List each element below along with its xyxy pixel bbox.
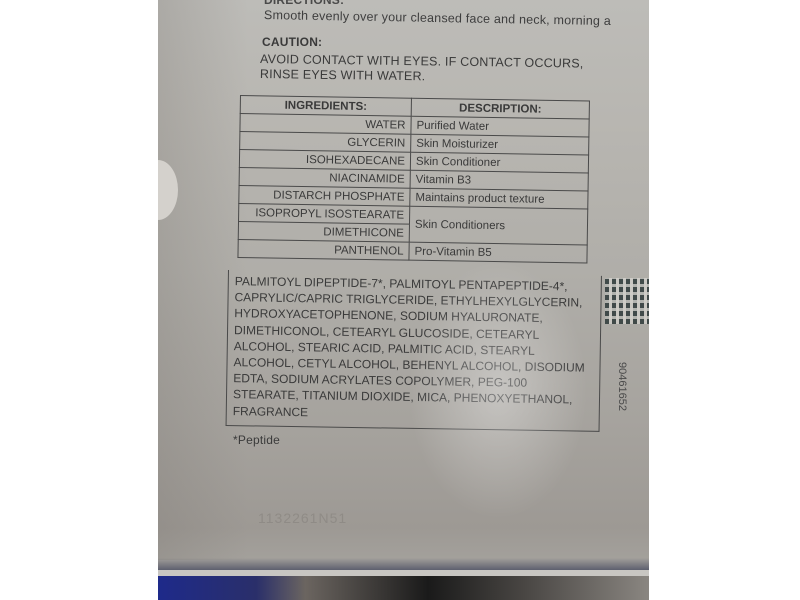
caution-heading: CAUTION: [262, 35, 322, 49]
datamatrix-pattern [605, 278, 649, 324]
ingredients-table: INGREDIENTS: DESCRIPTION: WATER Purified… [237, 95, 590, 263]
product-box-photo: DIRECTIONS: Smooth evenly over your clea… [158, 0, 649, 600]
background-surface [158, 576, 649, 600]
light-glare [408, 260, 588, 520]
peptide-footnote: *Peptide [233, 433, 280, 447]
lot-code: 1132261N51 [258, 510, 347, 526]
caution-text: AVOID CONTACT WITH EYES. IF CONTACT OCCU… [260, 52, 620, 87]
ingredient-name: PANTHENOL [238, 239, 409, 260]
ingredient-description: Skin Conditioners [409, 206, 588, 245]
serial-number: 90461652 [616, 362, 628, 411]
directions-heading: DIRECTIONS: [264, 0, 344, 7]
directions-text: Smooth evenly over your cleansed face an… [264, 8, 611, 28]
